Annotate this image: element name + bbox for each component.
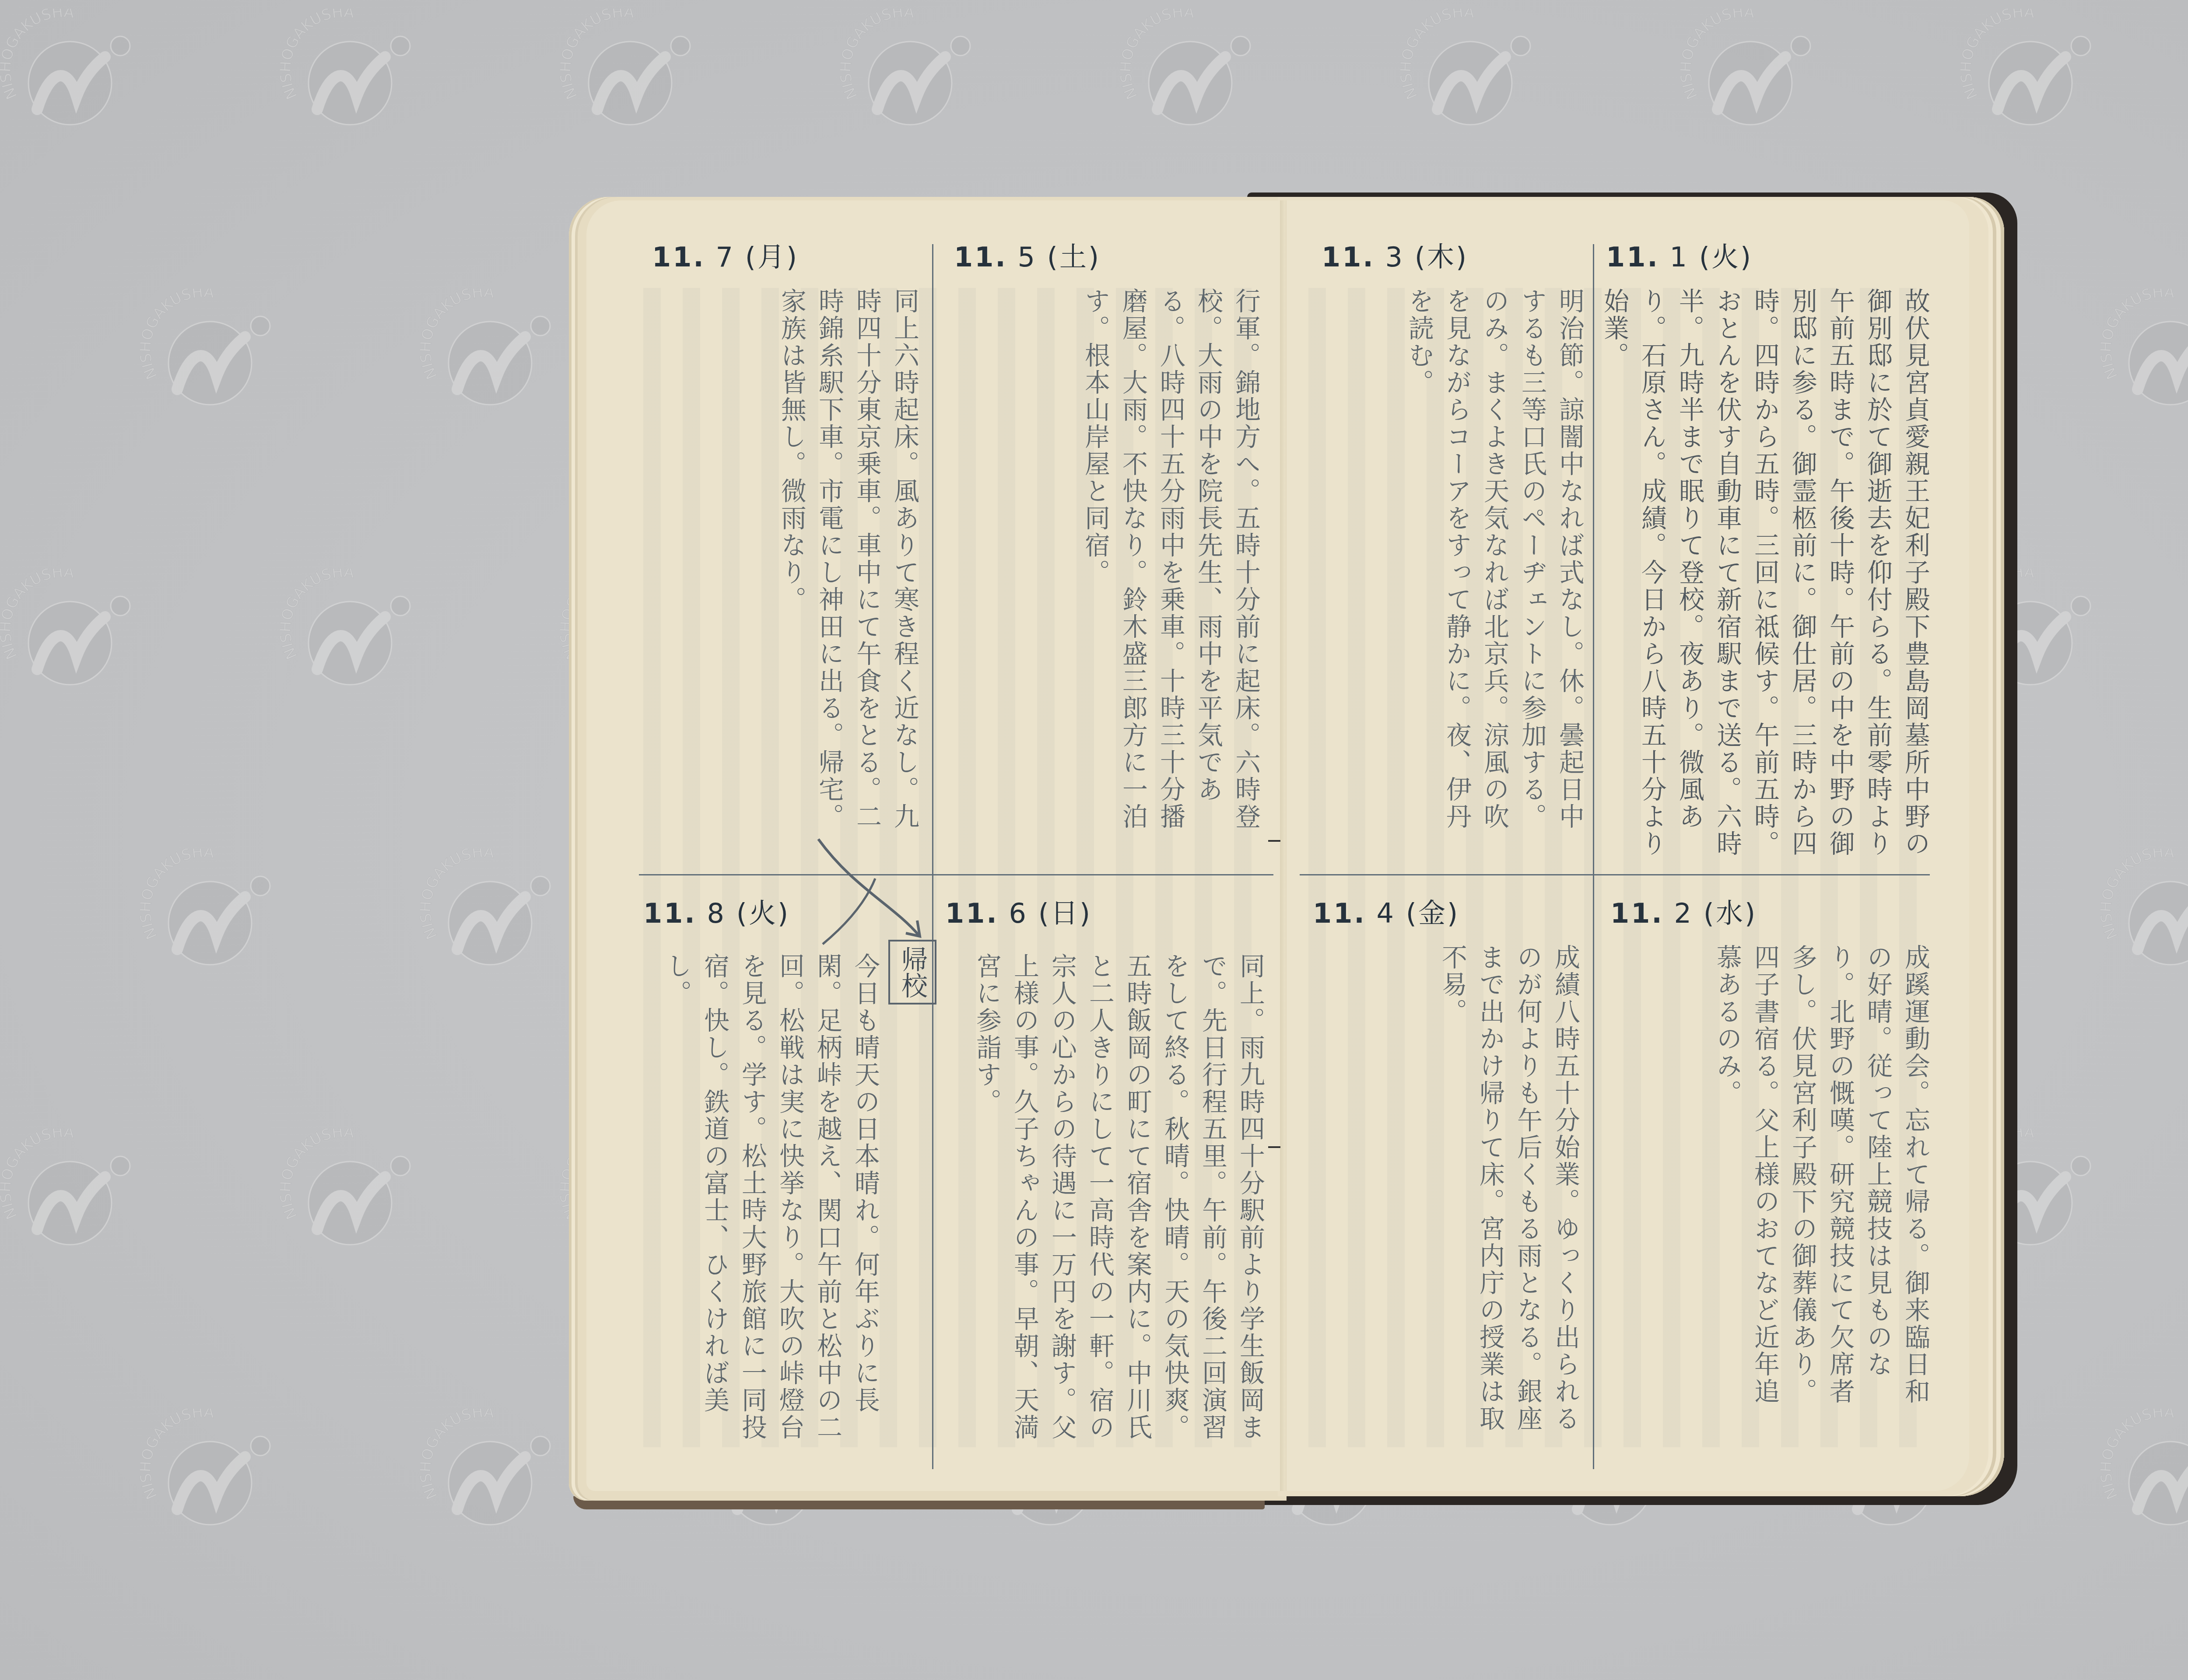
date-heading: 11. 4 (金) xyxy=(1313,892,1459,931)
date-heading: 11. 3 (木) xyxy=(1322,235,1468,274)
date-heading: 11. 6 (日) xyxy=(945,892,1092,931)
date-heading: 11. 5 (土) xyxy=(954,235,1101,274)
right-page: 11. 3 (木) 明治節。諒闇中なれば式なし。休。曇起日中するも三等口氏のペー… xyxy=(1287,200,1969,1491)
diary-entry: 同上六時起床。風ありて寒き程く近なし。九時四十分東京乗車。車中にて午食をとる。二… xyxy=(718,288,923,857)
date-heading: 11. 2 (水) xyxy=(1610,892,1757,931)
column-divider xyxy=(1593,244,1594,1469)
diary-entry: 同上。雨九時四十分駅前より学生飯岡まで。先日行程五里。午前。午後二回演習をして終… xyxy=(963,953,1269,1456)
diary-entry: 行軍。錦地方へ。五時十分前に起床。六時登校。大雨の中を院長先生、雨中を平気である… xyxy=(1055,288,1265,857)
binding-mark xyxy=(1268,840,1280,842)
date-heading: 11. 7 (月) xyxy=(652,235,799,274)
arrow-annotation-icon xyxy=(814,835,945,948)
left-page: 11. 7 (月) 同上六時起床。風ありて寒き程く近なし。九時四十分東京乗車。車… xyxy=(586,200,1287,1491)
row-divider xyxy=(1300,874,1930,875)
diary-entry: 今日も晴天の日本晴れ。何年ぶりに長閑。足柄峠を越え、関口午前と松中の二回。松戦は… xyxy=(652,953,884,1456)
boxed-note: 帰校 xyxy=(888,940,936,1004)
diary-entry: 成蹊運動会。忘れて帰る。御来臨日和の好晴。従って陸上競技は見ものなり。北野の慨嘆… xyxy=(1698,944,1934,1425)
row-divider xyxy=(639,874,1273,875)
date-heading: 11. 8 (火) xyxy=(643,892,790,931)
binding-mark xyxy=(1268,1146,1280,1148)
open-notebook: 11. 7 (月) 同上六時起床。風ありて寒き程く近なし。九時四十分東京乗車。車… xyxy=(569,192,2022,1509)
date-heading: 11. 1 (火) xyxy=(1606,235,1753,274)
diary-entry: 成績八時五十分始業。ゆっくり出られるのが何よりも午后くもる雨となる。銀座まで出か… xyxy=(1418,944,1584,1447)
diary-entry: 故伏見宮貞愛親王妃利子殿下豊島岡墓所中野の御別邸に於て御逝去を仰付らる。生前零時… xyxy=(1602,288,1934,865)
diary-entry: 明治節。諒闇中なれば式なし。休。曇起日中するも三等口氏のペーヂェントに参加する。… xyxy=(1409,288,1588,857)
